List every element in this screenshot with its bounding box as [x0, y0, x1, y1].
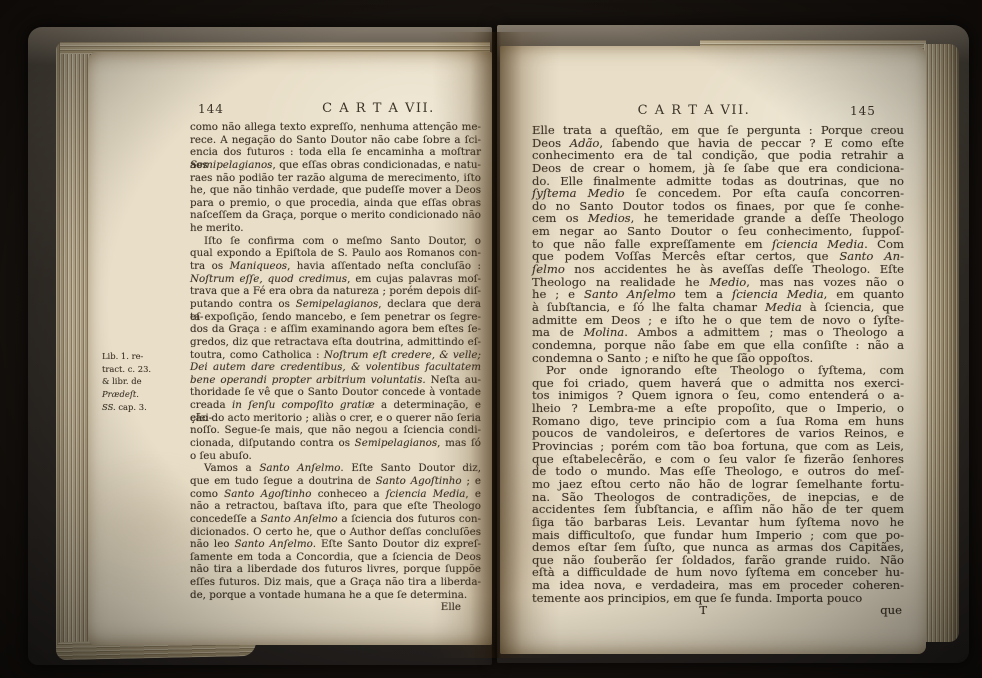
text-line: Iſto ſe confirma com o meſmo Santo Douto…: [190, 235, 481, 248]
text-line: thoridade ſe vê que o Santo Doutor conce…: [190, 386, 481, 399]
text-line: tra os Maniqueos, havia aſſentado neſta …: [190, 260, 481, 273]
text-line: temente aos principios, em que ſe funda.…: [532, 592, 904, 605]
running-title-right: C A R T A VII.: [508, 103, 880, 118]
text-line: he, que não tinhão verdade, que pudeſſe …: [190, 184, 481, 197]
page-number-left: 144: [198, 102, 224, 116]
margin-note-line: Lib. 1. re-: [102, 350, 186, 363]
text-line: raes não podião ter razão alguma de mere…: [190, 172, 481, 185]
text-line: dicionados. O certo he, que o Author deſ…: [190, 526, 481, 539]
text-line: gredos, diz que retractava eſta doutrina…: [190, 336, 481, 349]
catchword: que: [880, 604, 902, 617]
text-line: creada in ſenſu compoſito gratiæ a deter…: [190, 399, 481, 412]
margin-note-line: & libr. de: [102, 375, 186, 388]
text-line: toutra, como Catholica : Noſtrum eſt cre…: [190, 349, 481, 362]
text-line: de, porque a vontade humana he a que ſe …: [190, 589, 481, 602]
text-line: não leo Santo Anſelmo. Eſte Santo Doutor…: [190, 538, 481, 551]
text-line: rece. A negação do Santo Doutor não cabe…: [190, 134, 481, 147]
catchword: Elle: [190, 601, 481, 614]
page-left-144: 144 C A R T A VII. Lib. 1. re-tract. c. …: [88, 52, 492, 645]
text-column-left: como não allega texto expreſſo, nenhuma …: [190, 121, 481, 614]
text-line: não a retractou, baſtava iſto, para que …: [190, 500, 481, 513]
text-line: dos da Graça : e aſſim examinando agora …: [190, 323, 481, 336]
page-number-right: 145: [850, 104, 876, 118]
text-line: bene operandi propter arbitrium voluntat…: [190, 374, 481, 387]
text-line: Dei autem dare credentibus, & volentibus…: [190, 361, 481, 374]
text-line: para o premio, o que procedia, ainda que…: [190, 197, 481, 210]
text-line: Noſtrum eſſe, quod credimus, em cujas pa…: [190, 273, 481, 286]
text-line: ção do acto meritorio ; aliàs o crer, e …: [190, 412, 481, 425]
margin-note-citation: Lib. 1. re-tract. c. 23.& libr. dePrædeſ…: [102, 350, 186, 413]
text-column-right: Elle trata a queſtão, em que ſe pergunta…: [532, 124, 904, 617]
text-line: putando contra os Semipelagianos, declar…: [190, 298, 481, 311]
text-line: he merito.: [190, 222, 481, 235]
text-line: ſamente em toda a Concordia, que a ſcien…: [190, 551, 481, 564]
text-line: encia dos futuros : toda ella ſe encamin…: [190, 146, 481, 159]
page-edges-fore-right: [924, 44, 959, 642]
text-line: naſceſſem da Graça, porque o merito cond…: [190, 209, 481, 222]
margin-note-line: Prædeſt.: [102, 388, 186, 401]
book-scan: 144 C A R T A VII. Lib. 1. re-tract. c. …: [0, 0, 982, 678]
page-edges-fore-left: [56, 42, 90, 654]
running-header-left: 144 C A R T A VII.: [190, 101, 481, 117]
text-line: trava que a Fé era obra da natureza ; po…: [190, 285, 481, 298]
text-line: noſſo. Segue-ſe mais, que não negou a ſc…: [190, 424, 481, 437]
text-line: Semipelagianos, que eſſas obras condicio…: [190, 159, 481, 172]
page-right-145: C A R T A VII. 145 Elle trata a queſtão,…: [500, 46, 926, 654]
text-line: como não allega texto expreſſo, nenhuma …: [190, 121, 481, 134]
text-line: cionada, diſputando contra os Semipelagi…: [190, 437, 481, 450]
text-line: qual expondo a Epiſtola de S. Paulo aos …: [190, 247, 481, 260]
text-line: Tque: [532, 604, 904, 617]
text-line: que em tudo ſegue a doutrina de Santo Ag…: [190, 475, 481, 488]
running-header-right: C A R T A VII. 145: [532, 103, 904, 119]
text-line: concedeſſe a Santo Anſelmo a ſciencia do…: [190, 513, 481, 526]
text-line: eſſes futuros. Diz mais, que a Graça não…: [190, 576, 481, 589]
running-title-left: C A R T A VII.: [233, 101, 524, 116]
margin-note-line: SS. cap. 3.: [102, 401, 186, 414]
text-line: não tira a liberdade dos futuros livres,…: [190, 563, 481, 576]
text-line: Vamos a Santo Anſelmo. Eſte Santo Doutor…: [190, 462, 481, 475]
text-line: como Santo Agoſtinho conheceo a ſciencia…: [190, 488, 481, 501]
text-line: ta expoſição, ſendo mancebo, e ſem penet…: [190, 311, 481, 324]
text-line: o ſeu abuſo.: [190, 450, 481, 463]
margin-note-line: tract. c. 23.: [102, 363, 186, 376]
signature-mark: T: [699, 604, 707, 617]
